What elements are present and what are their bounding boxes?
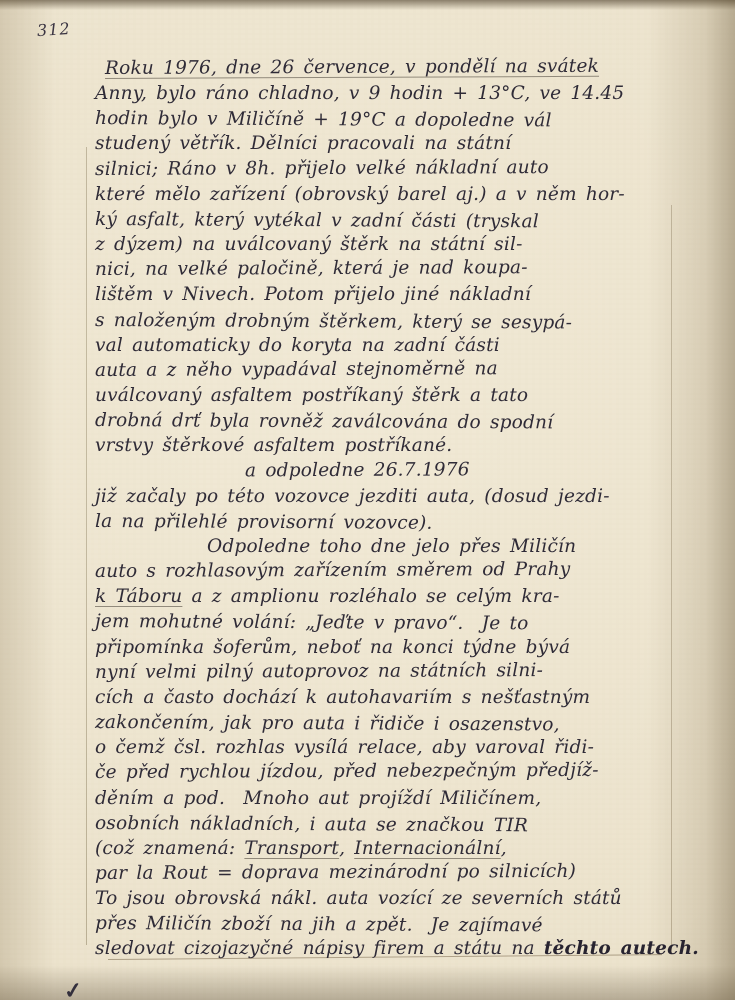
handwriting-line: če před rychlou jízdou, před nebezpečným…: [95, 758, 707, 786]
handwriting-segment: Transport: [244, 838, 339, 859]
handwriting-segment: těchto autech.: [544, 938, 699, 959]
handwriting-segment: (což znamená:: [95, 838, 244, 859]
handwriting-segment: Anny, bylo ráno chladno, v 9 hodin + 13°…: [95, 83, 624, 104]
handwriting-segment: nici, na velké paločině, která je nad ko…: [95, 257, 528, 280]
handwriting-segment: hodin bylo v Miličíně + 19°C a dopoledne…: [95, 108, 552, 131]
chronicle-page: 312 Roku 1976, dne 26 července, v ponděl…: [0, 0, 735, 1000]
handwriting-line: Odpoledne toho dne jelo přes Miličín: [95, 534, 707, 559]
handwriting-segment: osobních nákladních, i auta se značkou T…: [95, 813, 528, 836]
handwriting-segment: z dýzem) na uválcovaný štěrk na státní s…: [95, 234, 523, 255]
handwriting-segment: auta a z něho vypadával stejnoměrně na: [95, 358, 498, 381]
handwriting-segment: če před rychlou jízdou, před nebezpečným…: [95, 760, 599, 783]
handwriting-line: silnici; Ráno v 8h. přijelo velké náklad…: [95, 154, 707, 182]
handwriting-segment: drobná drť byla rovněž zaválcována do sp…: [95, 410, 553, 433]
handwriting-line: z dýzem) na uválcovaný štěrk na státní s…: [95, 232, 707, 257]
handwriting-segment: s naloženým drobným štěrkem, který se se…: [95, 310, 572, 333]
handwriting-segment: o čemž čsl. rozhlas vysílá relace, aby v…: [95, 737, 594, 758]
handwriting-line: Anny, bylo ráno chladno, v 9 hodin + 13°…: [95, 81, 707, 106]
handwriting-segment: děním a pod. Mnoho aut projíždí Miličíne…: [95, 788, 541, 809]
handwriting-segment: zakončením, jak pro auta i řidiče i osaz…: [95, 712, 560, 735]
handwriting-line: uválcovaný asfaltem postříkaný štěrk a t…: [95, 383, 707, 408]
handwriting-line: jem mohutné volání: „Jeďte v pravo“. Je …: [95, 609, 707, 637]
handwriting-segment: Internacionální: [354, 838, 501, 859]
handwriting-line: o čemž čsl. rozhlas vysílá relace, aby v…: [95, 735, 707, 760]
handwriting-line: sledovat cizojazyčné nápisy firem a stát…: [95, 936, 707, 961]
handwriting-segment: Roku 1976, dne 26 července, v pondělí na…: [105, 56, 599, 79]
handwriting-segment: silnici; Ráno v 8h. přijelo velké náklad…: [95, 157, 549, 180]
handwriting-line: (což znamená: Transport, Internacionální…: [95, 836, 707, 861]
handwriting-segment: auto s rozhlasovým zařízením směrem od P…: [95, 559, 570, 582]
handwriting-segment: ký asfalt, který vytékal v zadní části (…: [95, 209, 539, 232]
handwriting-segment: To jsou obrovská nákl. auta vozící ze se…: [95, 888, 622, 909]
handwriting-line: s naloženým drobným štěrkem, který se se…: [95, 308, 707, 336]
handwriting-line: studený větřík. Dělníci pracovali na stá…: [95, 131, 707, 156]
handwriting-line: lištěm v Nivech. Potom přijelo jiné nákl…: [95, 282, 707, 307]
handwriting-line: které mělo zařízení (obrovský barel aj.)…: [95, 182, 707, 207]
handwriting-line: cích a často dochází k autohavariím s ne…: [95, 685, 707, 710]
handwriting-line: To jsou obrovská nákl. auta vozící ze se…: [95, 886, 707, 911]
handwriting-segment: la na přilehlé provisorní vozovce).: [95, 511, 433, 534]
handwriting-segment: jem mohutné volání: „Jeďte v pravo“. Je …: [95, 611, 529, 634]
handwriting-segment: a odpoledne 26.7.1976: [245, 459, 470, 481]
handwriting-line: auto s rozhlasovým zařízením směrem od P…: [95, 556, 707, 584]
handwriting-line: ký asfalt, který vytékal v zadní části (…: [95, 207, 707, 235]
handwriting-segment: a z amplionu rozléhalo se celým kra-: [182, 586, 559, 607]
handwriting-segment: přes Miličín zboží na jih a zpět. Je zaj…: [95, 913, 543, 936]
handwriting-line: přes Miličín zboží na jih a zpět. Je zaj…: [95, 911, 707, 939]
handwriting-line: a odpoledne 26.7.1976: [95, 456, 707, 484]
handwriting-line: děním a pod. Mnoho aut projíždí Miličíne…: [95, 786, 707, 811]
handwriting-line: la na přilehlé provisorní vozovce).: [95, 509, 707, 537]
left-margin-rule: [86, 147, 87, 945]
handwriting-line: nici, na velké paločině, která je nad ko…: [95, 255, 707, 283]
handwriting-line: val automaticky do koryta na zadní části: [95, 333, 707, 358]
handwriting-segment: Odpoledne toho dne jelo přes Miličín: [207, 536, 576, 557]
handwriting-line: drobná drť byla rovněž zaválcována do sp…: [95, 408, 707, 436]
handwriting-line: osobních nákladních, i auta se značkou T…: [95, 811, 707, 839]
handwriting-segment: nyní velmi pilný autoprovoz na státních …: [95, 660, 543, 683]
handwriting-line: vrstvy štěrkové asfaltem postříkané.: [95, 433, 707, 458]
handwriting-line: již začaly po této vozovce jezditi auta,…: [95, 484, 707, 509]
handwriting-line: nyní velmi pilný autoprovoz na státních …: [95, 657, 707, 685]
handwriting-line: hodin bylo v Miličíně + 19°C a dopoledne…: [95, 106, 707, 134]
handwriting-segment: par la Rout = doprava mezinárodní po sil…: [95, 861, 576, 884]
handwriting-segment: val automaticky do koryta na zadní části: [95, 335, 500, 356]
handwriting-line: auta a z něho vypadával stejnoměrně na: [95, 355, 707, 383]
handwriting-segment: k Táboru: [95, 586, 182, 607]
handwriting-segment: ,: [339, 838, 354, 859]
handwriting-segment: již začaly po této vozovce jezditi auta,…: [95, 486, 610, 507]
handwriting-line: k Táboru a z amplionu rozléhalo se celým…: [95, 584, 707, 609]
handwriting-segment: ,: [501, 838, 507, 859]
handwriting-line: zakončením, jak pro auta i řidiče i osaz…: [95, 710, 707, 738]
handwriting-segment: vrstvy štěrkové asfaltem postříkané.: [95, 435, 452, 456]
handwriting-block: Roku 1976, dne 26 července, v pondělí na…: [95, 56, 707, 962]
handwriting-segment: lištěm v Nivech. Potom přijelo jiné nákl…: [95, 284, 531, 305]
checkmark-icon: ✓: [63, 977, 84, 1000]
page-number: 312: [36, 19, 71, 40]
handwriting-line: par la Rout = doprava mezinárodní po sil…: [95, 858, 707, 886]
handwriting-segment: cích a často dochází k autohavariím s ne…: [95, 687, 590, 708]
handwriting-segment: sledovat cizojazyčné nápisy firem a stát…: [95, 938, 544, 959]
handwriting-line: připomínka šoferům, neboť na konci týdne…: [95, 635, 707, 660]
handwriting-segment: uválcovaný asfaltem postříkaný štěrk a t…: [95, 385, 528, 406]
handwriting-segment: které mělo zařízení (obrovský barel aj.)…: [95, 184, 625, 205]
handwriting-line: Roku 1976, dne 26 července, v pondělí na…: [95, 53, 707, 81]
handwriting-segment: připomínka šoferům, neboť na konci týdne…: [95, 637, 570, 658]
handwriting-segment: studený větřík. Dělníci pracovali na stá…: [95, 133, 511, 154]
